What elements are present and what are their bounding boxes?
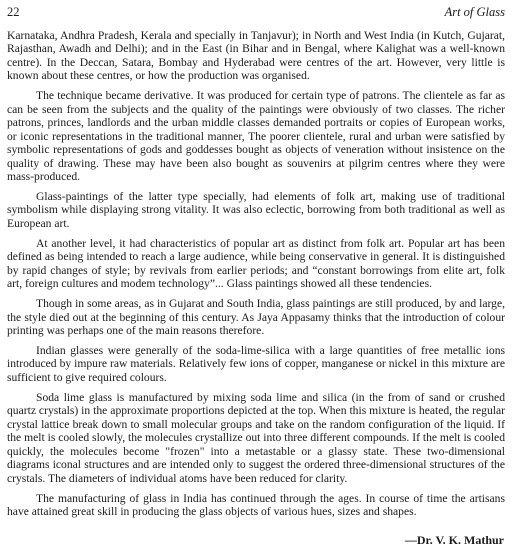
paragraph: At another level, it had characteristics… [7,237,505,291]
running-title: Art of Glass [445,5,505,20]
page-number: 22 [7,5,20,20]
paragraph: The technique became derivative. It was … [7,89,505,183]
paragraph: Soda lime glass is manufactured by mixin… [7,391,505,485]
body-text: Karnataka, Andhra Pradesh, Kerala and sp… [7,29,505,525]
paragraph: Though in some areas, as in Gujarat and … [7,297,505,337]
page-header: 22 Art of Glass [7,5,505,21]
author-signature: —Dr. V. K. Mathur [405,533,504,548]
paragraph: Indian glasses were generally of the sod… [7,344,505,384]
paragraph: The manufacturing of glass in India has … [7,492,505,519]
paragraph: Glass-paintings of the latter type speci… [7,190,505,230]
paragraph: Karnataka, Andhra Pradesh, Kerala and sp… [7,29,505,83]
